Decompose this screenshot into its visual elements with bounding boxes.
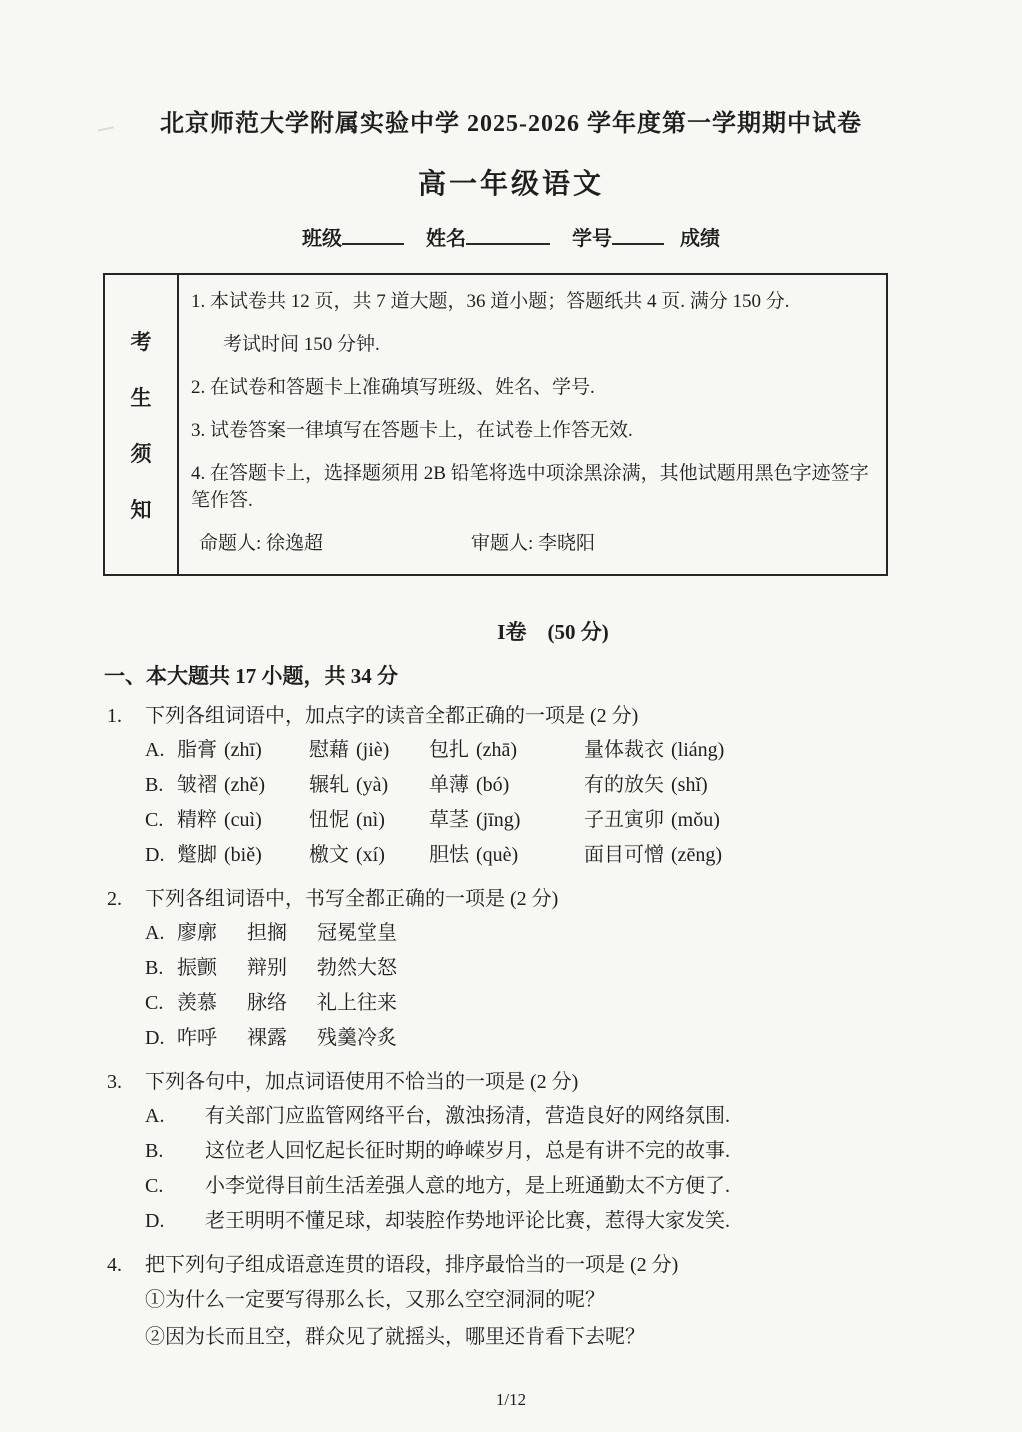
option-word: 咋呼 (177, 1021, 217, 1056)
option-word: 有的放矢 (584, 768, 664, 803)
option-pinyin: (zhī) (224, 733, 262, 768)
word-pinyin-pair: 胆怯(què) (429, 838, 584, 873)
notice-item-3: 3. 试卷答案一律填写在答题卡上，在试卷上作答无效. (191, 417, 872, 444)
option-word: 包扎 (429, 733, 469, 768)
page-number: 1/12 (0, 1390, 1022, 1410)
option-row-c: C. 羡慕 脉络 礼上往来 (0, 986, 1022, 1021)
notice-item-4: 4. 在答题卡上，选择题须用 2B 铅笔将选中项涂黑涂满，其他试题用黑色字迹签字… (191, 460, 872, 514)
option-pinyin: (cuì) (224, 803, 262, 838)
question-stem-text: 下列各组词语中，书写全都正确的一项是 (2 分) (145, 882, 558, 916)
option-pinyin: (jīng) (476, 803, 520, 838)
question-number: 2. (107, 882, 145, 916)
option-word: 面目可憎 (584, 838, 664, 873)
option-pinyin: (mǒu) (671, 803, 720, 838)
option-label: D. (145, 838, 177, 873)
option-word: 脂膏 (177, 733, 217, 768)
word-pinyin-pair: 精粹(cuì) (177, 803, 309, 838)
question-number: 4. (107, 1248, 145, 1282)
option-label: B. (145, 768, 177, 803)
option-word: 残羹冷炙 (317, 1021, 397, 1056)
word-pinyin-pair: 子丑寅卯(mǒu) (584, 803, 720, 838)
option-label: C. (145, 803, 177, 838)
question-4-stem: 4. 把下列句子组成语意连贯的语段，排序最恰当的一项是 (2 分) (0, 1248, 1022, 1282)
word-pinyin-pair: 草茎(jīng) (429, 803, 584, 838)
option-word: 精粹 (177, 803, 217, 838)
question-2: 2. 下列各组词语中，书写全都正确的一项是 (2 分) A. 廖廓 担搁 冠冕堂… (0, 882, 1022, 1056)
notice-side-char: 知 (131, 494, 152, 524)
word-pinyin-pair: 面目可憎(zēng) (584, 838, 722, 873)
option-word: 脉络 (247, 986, 287, 1021)
notice-items: 1. 本试卷共 12 页，共 7 道大题，36 道小题；答题纸共 4 页. 满分… (179, 275, 886, 574)
student-id-label: 学号 (572, 228, 612, 250)
option-word: 裸露 (247, 1021, 287, 1056)
option-label: D. (145, 1204, 205, 1239)
name-label: 姓名 (426, 228, 466, 250)
word-pinyin-pair: 慰藉(jiè) (309, 733, 429, 768)
ordering-sentence-2: ②因为长而且空，群众见了就摇头，哪里还肯看下去呢？ (0, 1319, 1022, 1356)
option-label: B. (145, 951, 177, 986)
option-word: 檄文 (309, 838, 349, 873)
option-row-a: A. 脂膏(zhī) 慰藉(jiè) 包扎(zhā) 量体裁衣(liáng) (0, 733, 1022, 768)
option-label: B. (145, 1134, 205, 1169)
question-3: 3. 下列各句中，加点词语使用不恰当的一项是 (2 分) A. 有关部门应监管网… (0, 1065, 1022, 1239)
option-sentence: 有关部门应监管网络平台，激浊扬清，营造良好的网络氛围. (205, 1099, 730, 1134)
score-label: 成绩 (680, 228, 720, 250)
option-word: 慰藉 (309, 733, 349, 768)
option-word: 忸怩 (309, 803, 349, 838)
option-label: C. (145, 986, 177, 1021)
option-pinyin: (nì) (356, 803, 385, 838)
option-pinyin: (liáng) (671, 733, 724, 768)
question-1: 1. 下列各组词语中，加点字的读音全都正确的一项是 (2 分) A. 脂膏(zh… (0, 699, 1022, 873)
option-label: C. (145, 1169, 205, 1204)
question-stem-text: 下列各句中，加点词语使用不恰当的一项是 (2 分) (145, 1065, 578, 1099)
notice-item-1: 1. 本试卷共 12 页，共 7 道大题，36 道小题；答题纸共 4 页. 满分… (191, 288, 872, 315)
option-word: 草茎 (429, 803, 469, 838)
word-pinyin-pair: 蹩脚(biě) (177, 838, 309, 873)
option-row-c: C. 精粹(cuì) 忸怩(nì) 草茎(jīng) 子丑寅卯(mǒu) (0, 803, 1022, 838)
option-row-b: B. 这位老人回忆起长征时期的峥嵘岁月，总是有讲不完的故事. (0, 1134, 1022, 1169)
notice-item-2: 2. 在试卷和答题卡上准确填写班级、姓名、学号. (191, 374, 872, 401)
section-one-heading: 一、本大题共 17 小题，共 34 分 (0, 660, 1022, 690)
option-sentence: 这位老人回忆起长征时期的峥嵘岁月，总是有讲不完的故事. (205, 1134, 730, 1169)
option-pinyin: (shǐ) (671, 768, 708, 803)
notice-item-1-continued: 考试时间 150 分钟. (191, 331, 872, 358)
word-pinyin-pair: 量体裁衣(liáng) (584, 733, 724, 768)
notice-side-char: 考 (131, 326, 152, 356)
class-label: 班级 (302, 228, 342, 250)
word-pinyin-pair: 檄文(xí) (309, 838, 429, 873)
student-id-blank (612, 224, 664, 245)
option-word: 皱褶 (177, 768, 217, 803)
option-word: 冠冕堂皇 (317, 916, 397, 951)
option-pinyin: (jiè) (356, 733, 389, 768)
word-pinyin-pair: 包扎(zhā) (429, 733, 584, 768)
option-word: 胆怯 (429, 838, 469, 873)
question-number: 1. (107, 699, 145, 733)
word-pinyin-pair: 脂膏(zhī) (177, 733, 309, 768)
option-word: 蹩脚 (177, 838, 217, 873)
setter-name: 命题人: 徐逸超 (199, 530, 323, 557)
class-blank (342, 224, 404, 245)
option-row-a: A. 有关部门应监管网络平台，激浊扬清，营造良好的网络氛围. (0, 1099, 1022, 1134)
reviewer-name: 审题人: 李晓阳 (471, 530, 595, 557)
paper-authors-row: 命题人: 徐逸超 审题人: 李晓阳 (191, 530, 872, 557)
option-pinyin: (zhě) (224, 768, 265, 803)
exam-grade-subject: 高一年级语文 (0, 162, 1022, 202)
notice-side-char: 生 (131, 382, 152, 412)
option-row-b: B. 振颤 辩别 勃然大怒 (0, 951, 1022, 986)
question-4: 4. 把下列句子组成语意连贯的语段，排序最恰当的一项是 (2 分) ①为什么一定… (0, 1248, 1022, 1356)
notice-side-header: 考 生 须 知 (105, 275, 179, 574)
option-word: 辩别 (247, 951, 287, 986)
option-row-d: D. 蹩脚(biě) 檄文(xí) 胆怯(què) 面目可憎(zēng) (0, 838, 1022, 873)
option-row-a: A. 廖廓 担搁 冠冕堂皇 (0, 916, 1022, 951)
word-pinyin-pair: 单薄(bó) (429, 768, 584, 803)
word-pinyin-pair: 有的放矢(shǐ) (584, 768, 708, 803)
question-stem-text: 下列各组词语中，加点字的读音全都正确的一项是 (2 分) (145, 699, 638, 733)
option-word: 羡慕 (177, 986, 217, 1021)
question-2-stem: 2. 下列各组词语中，书写全都正确的一项是 (2 分) (0, 882, 1022, 916)
option-row-d: D. 老王明明不懂足球，却装腔作势地评论比赛，惹得大家发笑. (0, 1204, 1022, 1239)
option-pinyin: (yà) (356, 768, 388, 803)
option-word: 担搁 (247, 916, 287, 951)
question-stem-text: 把下列句子组成语意连贯的语段，排序最恰当的一项是 (2 分) (145, 1248, 678, 1282)
option-label: A. (145, 1099, 205, 1134)
option-row-c: C. 小李觉得目前生活差强人意的地方，是上班通勤太不方便了. (0, 1169, 1022, 1204)
option-word: 子丑寅卯 (584, 803, 664, 838)
option-word: 辗轧 (309, 768, 349, 803)
ordering-sentence-1: ①为什么一定要写得那么长，又那么空空洞洞的呢？ (0, 1282, 1022, 1319)
option-label: D. (145, 1021, 177, 1056)
option-sentence: 小李觉得目前生活差强人意的地方，是上班通勤太不方便了. (205, 1169, 730, 1204)
option-label: A. (145, 733, 177, 768)
option-pinyin: (xí) (356, 838, 385, 873)
word-pinyin-pair: 忸怩(nì) (309, 803, 429, 838)
option-word: 勃然大怒 (317, 951, 397, 986)
option-word: 量体裁衣 (584, 733, 664, 768)
option-pinyin: (zhā) (476, 733, 517, 768)
question-3-stem: 3. 下列各句中，加点词语使用不恰当的一项是 (2 分) (0, 1065, 1022, 1099)
exam-paper-page: 北京师范大学附属实验中学 2025-2026 学年度第一学期期中试卷 高一年级语… (0, 0, 1022, 1432)
question-number: 3. (107, 1065, 145, 1099)
notice-side-char: 须 (131, 438, 152, 468)
question-1-stem: 1. 下列各组词语中，加点字的读音全都正确的一项是 (2 分) (0, 699, 1022, 733)
option-word: 振颤 (177, 951, 217, 986)
volume-heading: I卷 (50 分) (0, 616, 1022, 646)
option-row-b: B. 皱褶(zhě) 辗轧(yà) 单薄(bó) 有的放矢(shǐ) (0, 768, 1022, 803)
option-label: A. (145, 916, 177, 951)
option-row-d: D. 咋呼 裸露 残羹冷炙 (0, 1021, 1022, 1056)
option-pinyin: (bó) (476, 768, 509, 803)
exam-title: 北京师范大学附属实验中学 2025-2026 学年度第一学期期中试卷 (0, 0, 1022, 138)
word-pinyin-pair: 皱褶(zhě) (177, 768, 309, 803)
word-pinyin-pair: 辗轧(yà) (309, 768, 429, 803)
option-sentence: 老王明明不懂足球，却装腔作势地评论比赛，惹得大家发笑. (205, 1204, 730, 1239)
option-word: 单薄 (429, 768, 469, 803)
option-word: 廖廓 (177, 916, 217, 951)
examinee-notice-table: 考 生 须 知 1. 本试卷共 12 页，共 7 道大题，36 道小题；答题纸共… (103, 273, 888, 576)
name-blank (466, 224, 550, 245)
student-info-line: 班级姓名学号成绩 (0, 222, 1022, 251)
option-pinyin: (biě) (224, 838, 262, 873)
option-pinyin: (què) (476, 838, 518, 873)
option-pinyin: (zēng) (671, 838, 722, 873)
option-word: 礼上往来 (317, 986, 397, 1021)
